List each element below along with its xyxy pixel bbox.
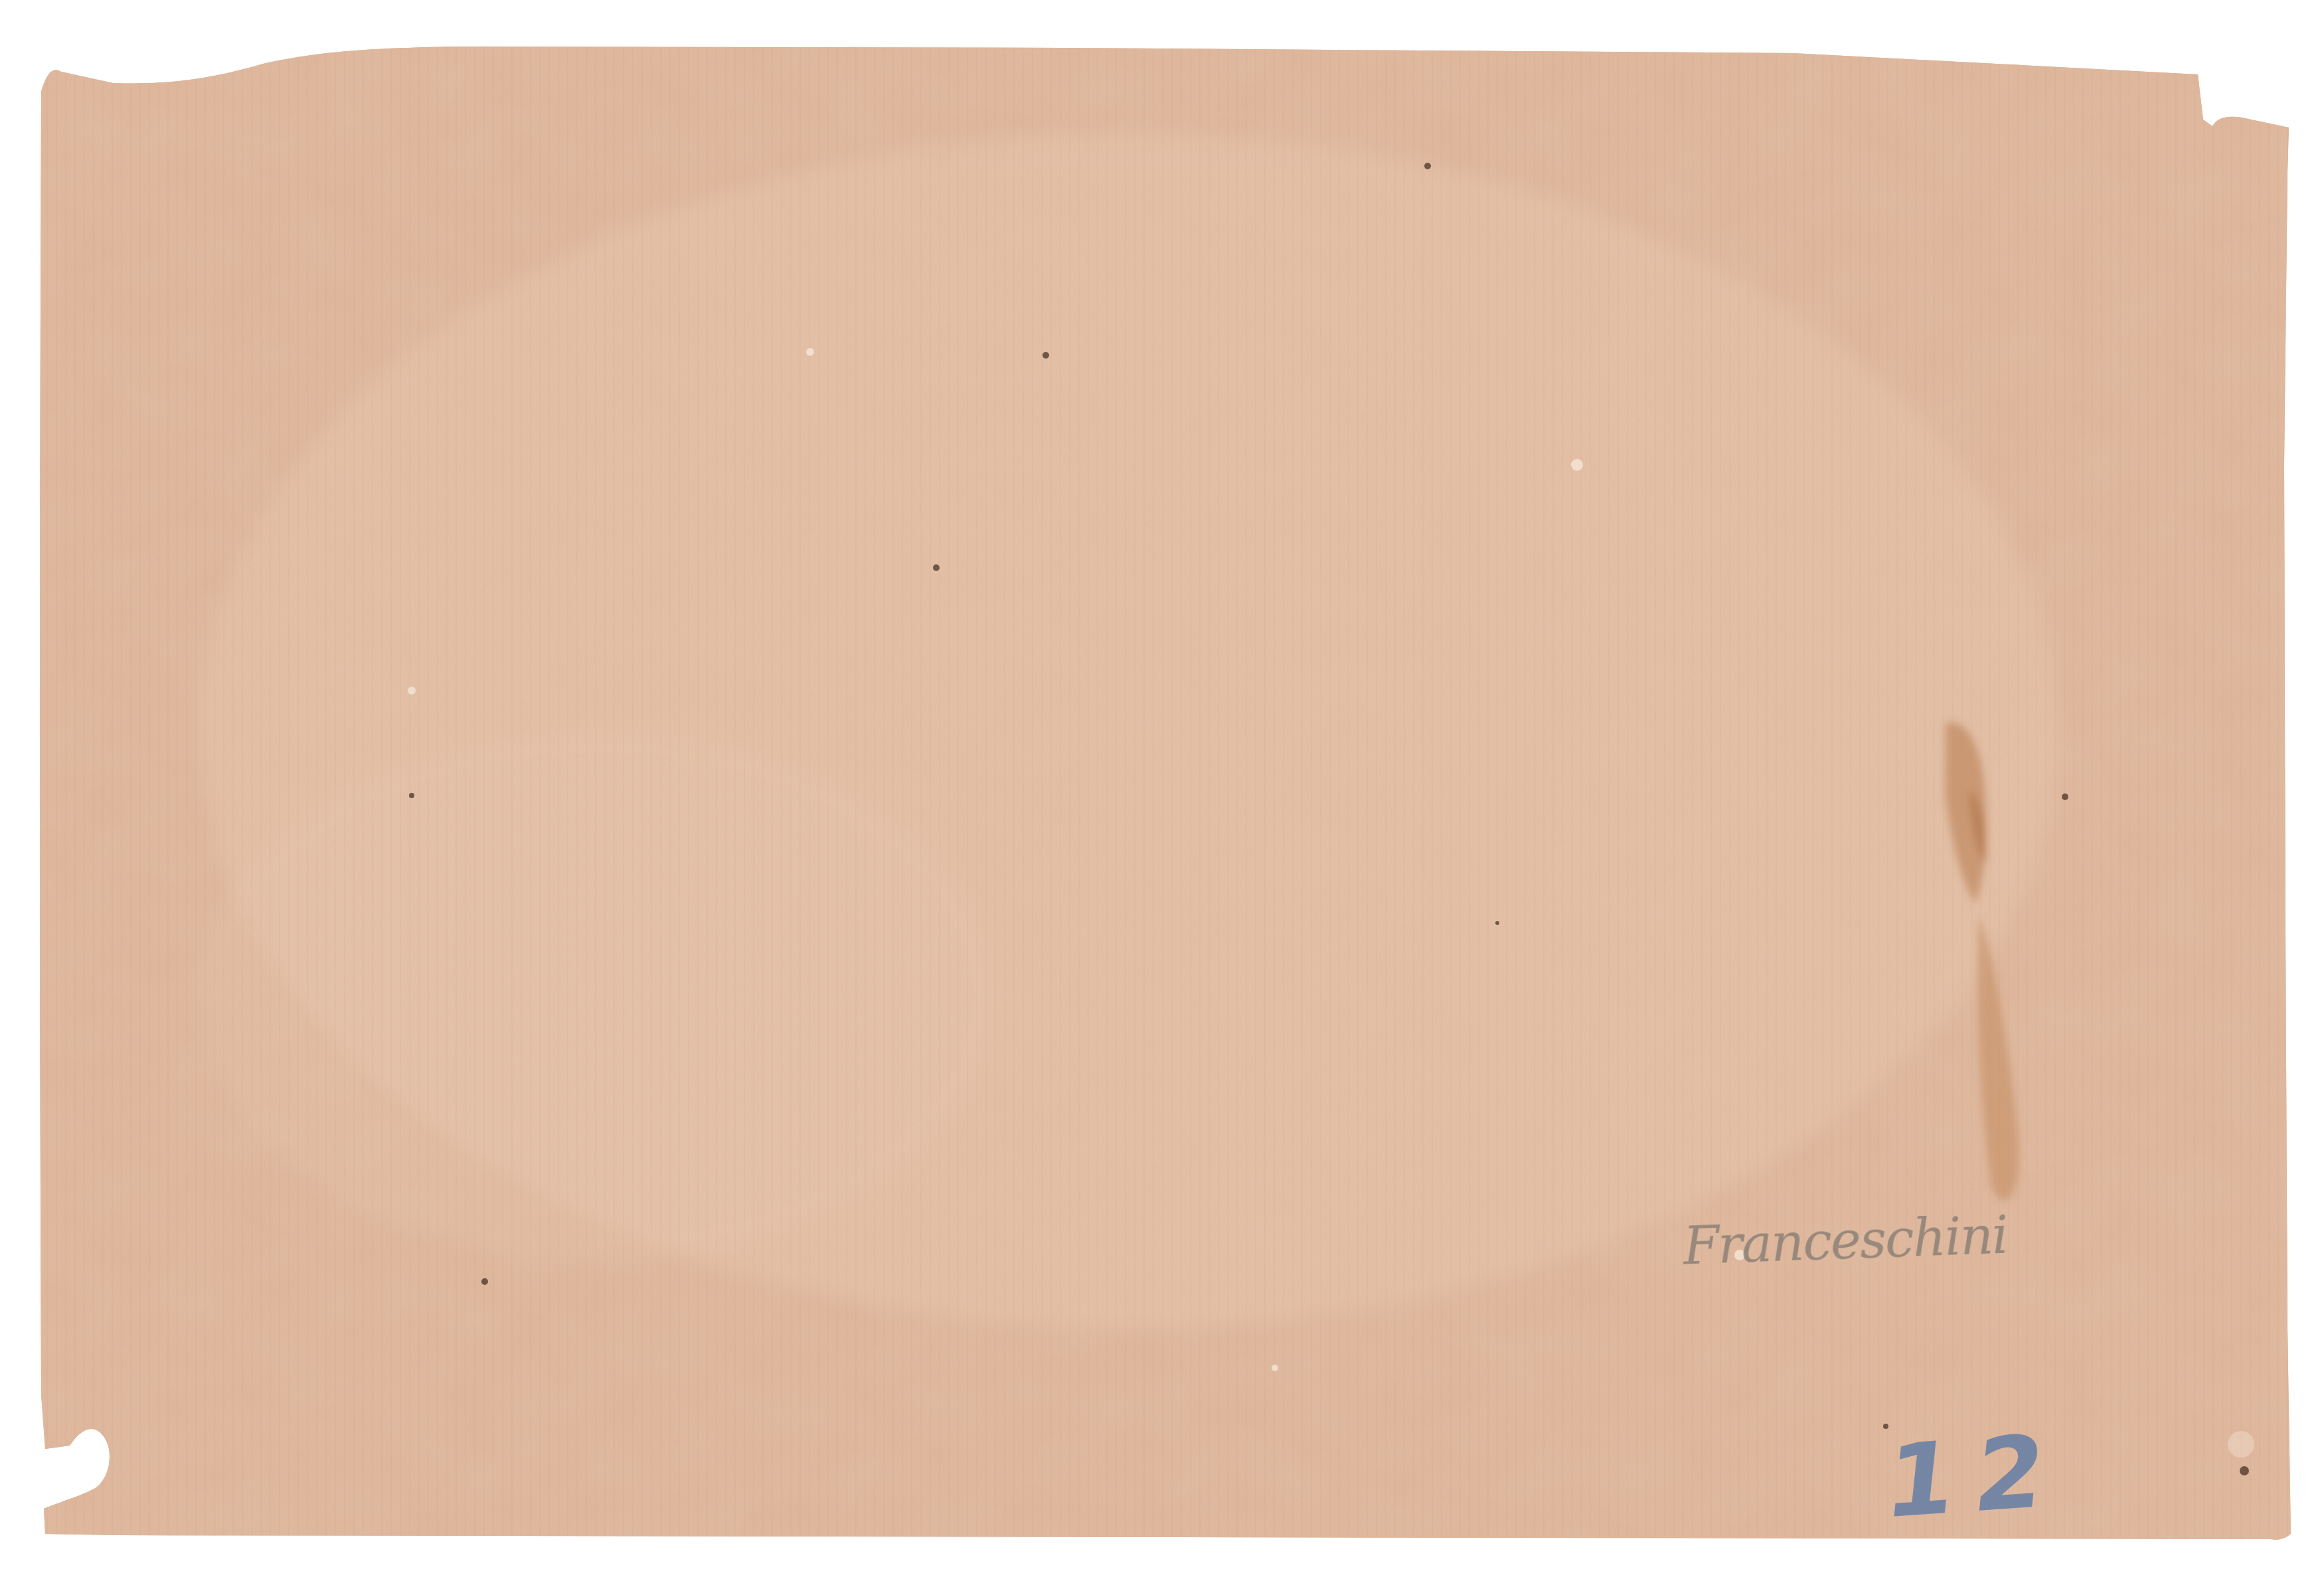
blue-number-mark: 12 <box>1880 1422 2050 1533</box>
paper-photo <box>0 0 2324 1591</box>
paper-sheet <box>0 0 2324 1591</box>
pencil-signature: Franceschini <box>1682 1190 1977 1293</box>
